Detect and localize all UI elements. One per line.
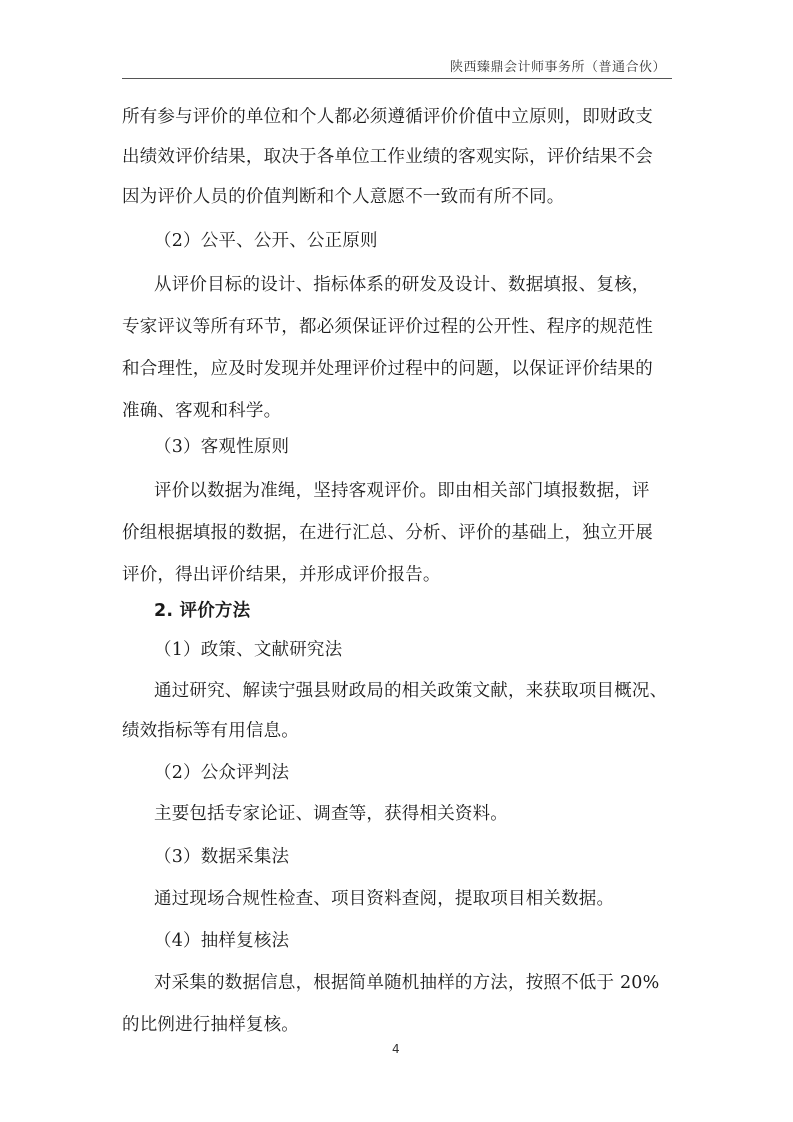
page-number: 4: [392, 1042, 400, 1056]
text-line: 出绩效评价结果，取决于各单位工作业绩的客观实际，评价结果不会: [122, 143, 653, 168]
text-line: 评价，得出评价结果，并形成评价报告。: [122, 561, 441, 586]
page-header: 陕西臻鼎会计师事务所（普通合伙）: [122, 52, 672, 79]
text-line: （2）公众评判法: [154, 759, 289, 784]
text-line: 绩效指标等有用信息。: [122, 717, 299, 742]
text-line: 从评价目标的设计、指标体系的研发及设计、数据填报、复核，: [154, 271, 650, 296]
text-line: （3）客观性原则: [154, 433, 289, 458]
text-line: 所有参与评价的单位和个人都必须遵循评价价值中立原则，即财政支: [122, 103, 653, 128]
section-heading: 2. 评价方法: [154, 597, 250, 622]
text-line: 通过现场合规性检查、项目资料查阅，提取项目相关数据。: [154, 885, 614, 910]
text-line: 和合理性，应及时发现并处理评价过程中的问题，以保证评价结果的: [122, 355, 653, 380]
text-line: 主要包括专家论证、调查等，获得相关资料。: [154, 800, 508, 825]
text-line: 通过研究、解读宁强县财政局的相关政策文献，来获取项目概况、: [154, 677, 667, 702]
text-line: 对采集的数据信息，根据简单随机抽样的方法，按照不低于 20%: [154, 969, 659, 994]
text-line: （1）政策、文献研究法: [154, 636, 342, 661]
text-line: 因为评价人员的价值判断和个人意愿不一致而有所不同。: [122, 183, 565, 208]
text-line: 价组根据填报的数据，在进行汇总、分析、评价的基础上，独立开展: [122, 519, 653, 544]
text-line: 专家评议等所有环节，都必须保证评价过程的公开性、程序的规范性: [122, 313, 653, 338]
text-line: （4）抽样复核法: [154, 927, 289, 952]
text-line: （3）数据采集法: [154, 843, 289, 868]
text-line: 准确、客观和科学。: [122, 397, 281, 422]
firm-name: 陕西臻鼎会计师事务所（普通合伙）: [450, 56, 666, 75]
text-line: （2）公平、公开、公正原则: [154, 227, 378, 252]
text-line: 评价以数据为准绳，坚持客观评价。即由相关部门填报数据，评: [154, 477, 650, 502]
text-line: 的比例进行抽样复核。: [122, 1011, 299, 1036]
